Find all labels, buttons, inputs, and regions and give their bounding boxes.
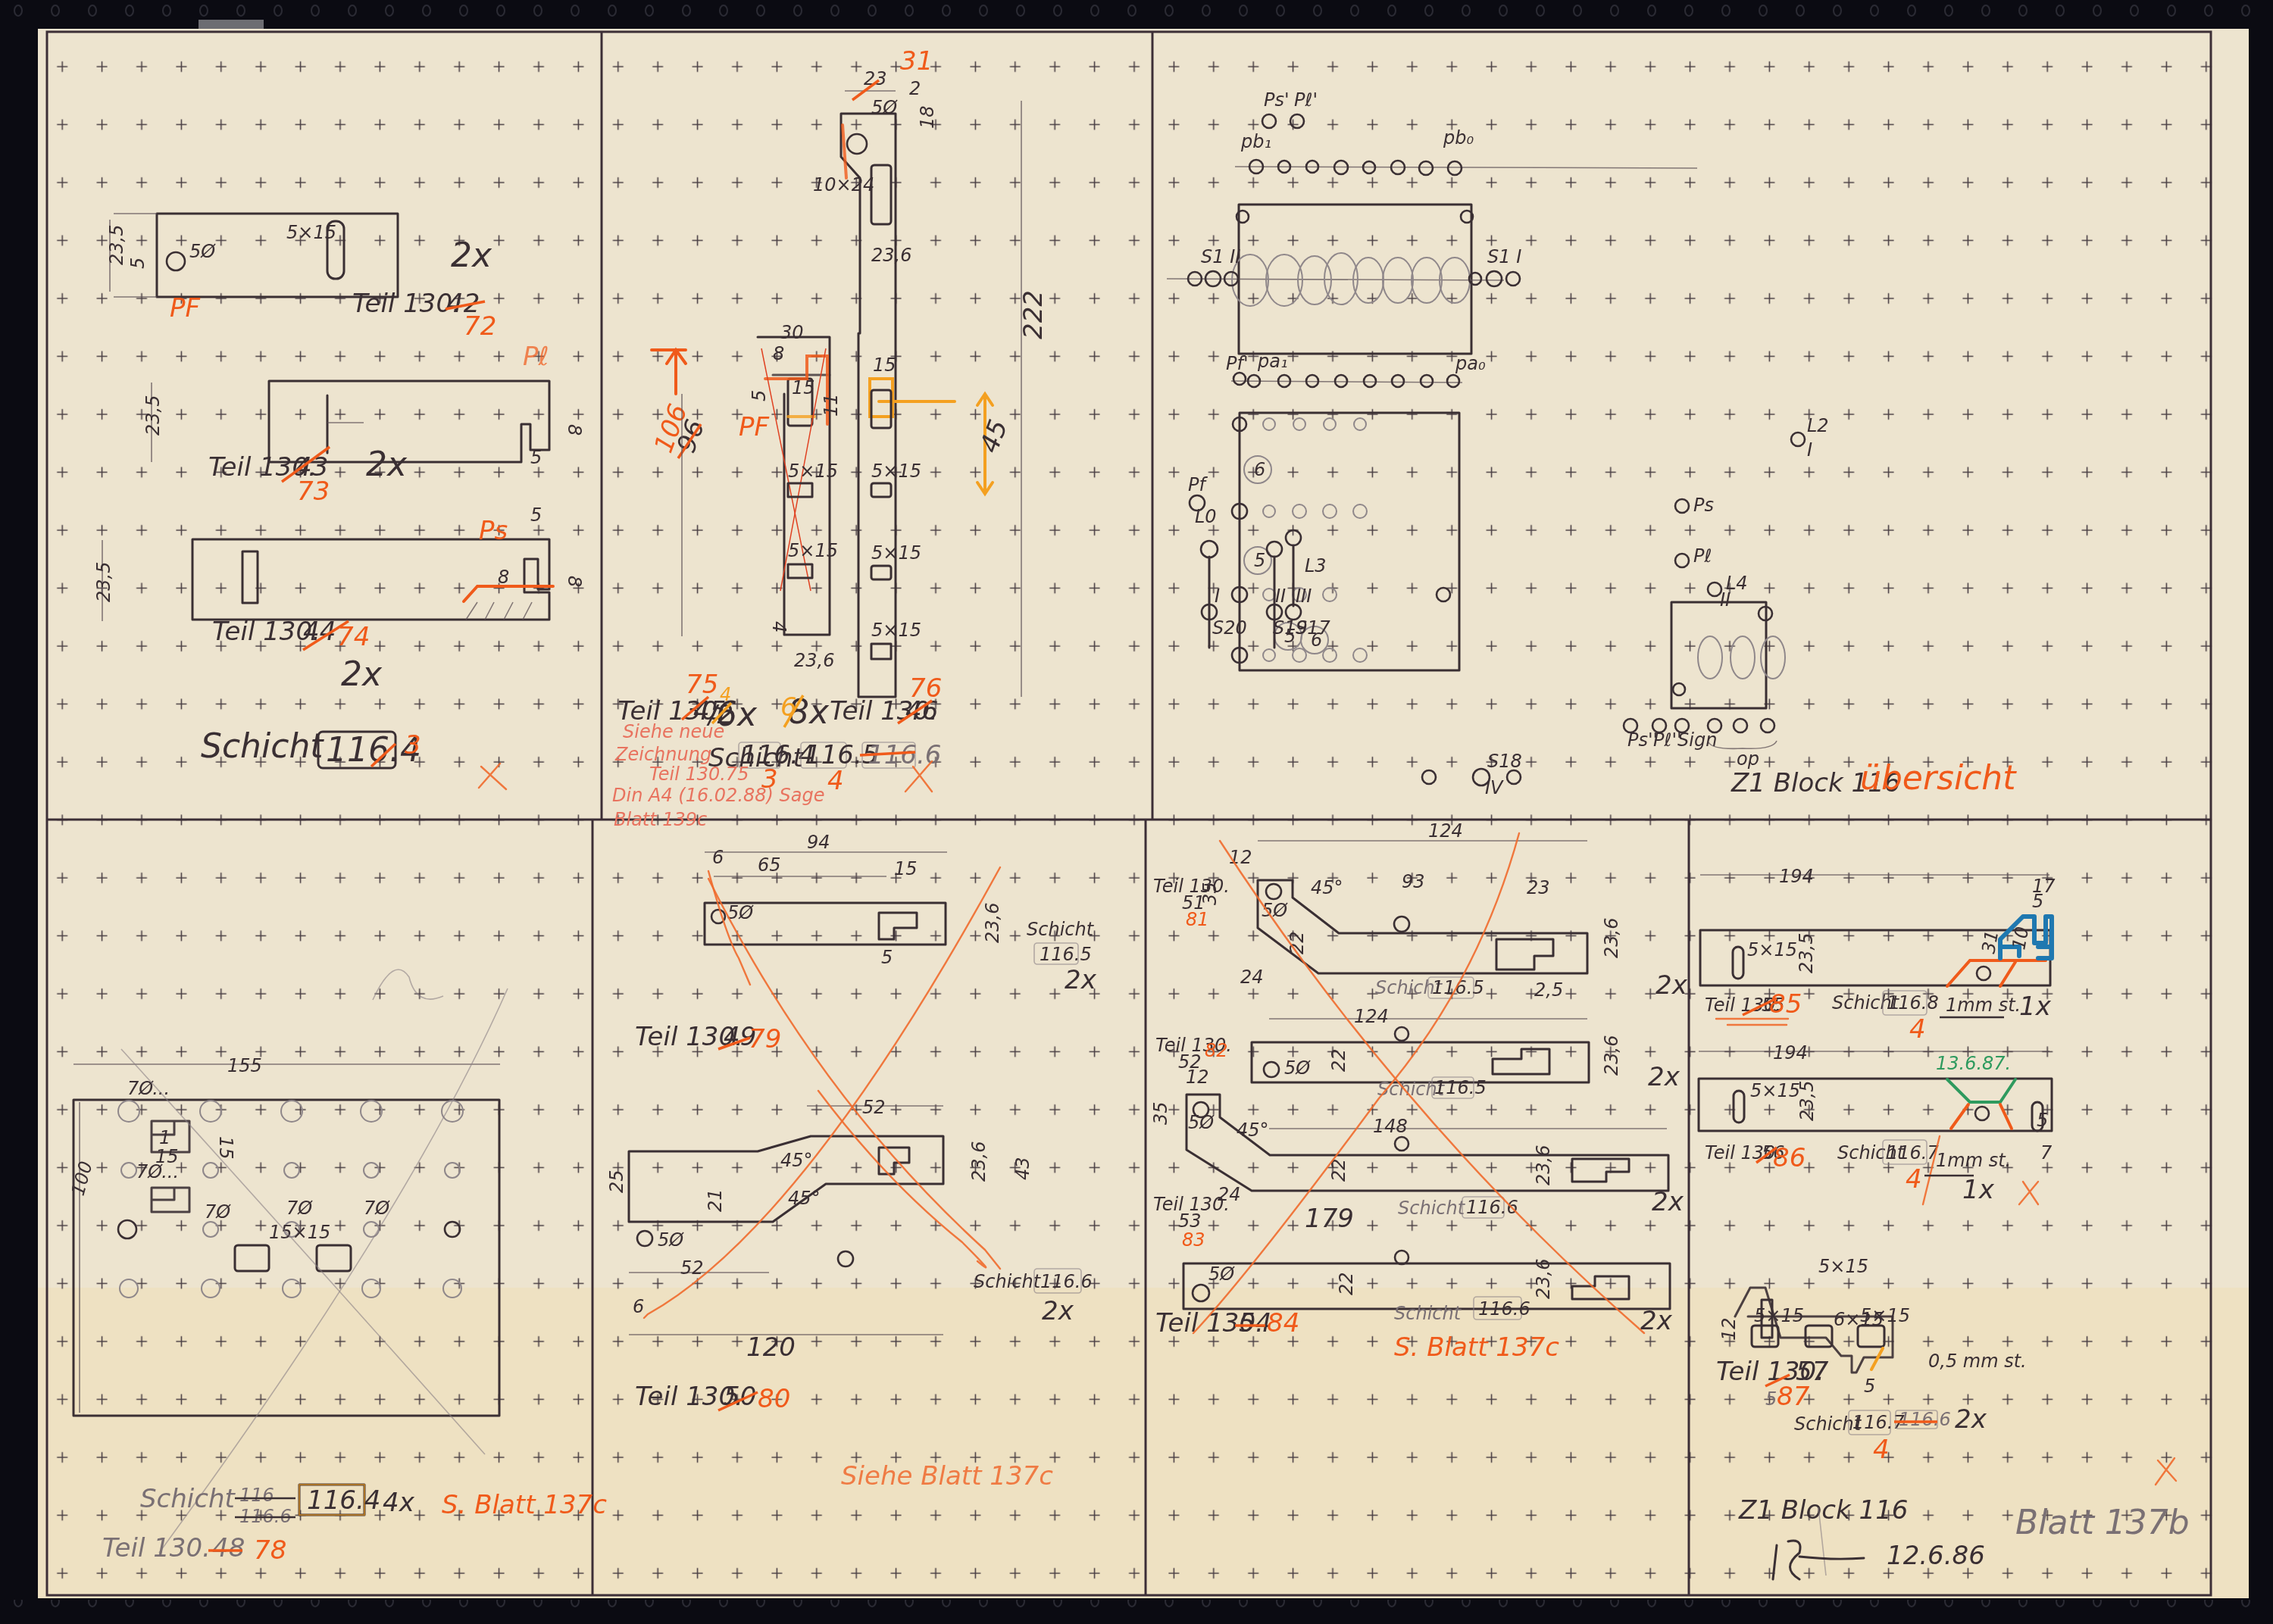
dim-slot: 5×15 xyxy=(286,222,336,243)
quantity: 2x xyxy=(1652,1187,1684,1217)
svg-text:1: 1 xyxy=(159,1127,170,1148)
dim-inner: 15 xyxy=(792,377,815,398)
layer-box: 116.6 xyxy=(1040,1271,1093,1292)
quantity: 2x xyxy=(451,236,492,275)
svg-text:Zeichnung: Zeichnung xyxy=(614,744,711,765)
dim-left-h: 25 xyxy=(606,1170,627,1193)
dim-bottom: 4 xyxy=(768,621,789,632)
svg-text:op: op xyxy=(1737,748,1759,770)
dim-mid: 22 xyxy=(1328,1048,1349,1072)
footer-date: 12.6.86 xyxy=(1887,1541,1985,1571)
layer-new: 4 xyxy=(1906,1164,1922,1195)
dim-leg: 24 xyxy=(1240,967,1264,988)
slot-1: 5×15 xyxy=(1754,1305,1804,1326)
dim-slot: 15 xyxy=(894,858,918,879)
dim-inner: 148 xyxy=(1373,1116,1408,1137)
label-s1-right: S1 I xyxy=(1487,246,1521,267)
dim-height: 23,5 xyxy=(142,395,164,436)
quantity: 2x xyxy=(1042,1296,1074,1326)
dim-slot: 5×15 xyxy=(1747,939,1797,960)
part-new-number: 80 xyxy=(758,1384,790,1414)
svg-text:6: 6 xyxy=(1254,459,1265,480)
dim-notch-w: 5 xyxy=(530,504,542,526)
dim-top: 52 xyxy=(862,1097,886,1118)
quantity: 2x xyxy=(1648,1062,1681,1092)
svg-text:Blatt 139c: Blatt 139c xyxy=(614,809,707,830)
mark-ps: Ps xyxy=(479,516,508,546)
layer-box-1: 116.4 xyxy=(741,740,814,770)
svg-text:III: III xyxy=(1296,586,1312,607)
tape-mark xyxy=(199,20,264,29)
part-new-number: 79 xyxy=(749,1024,781,1054)
dim-step: 8 xyxy=(498,567,509,588)
part-new-number: 81 xyxy=(1186,909,1209,930)
part-prefix: 5 xyxy=(1765,1388,1777,1410)
svg-text:Ps: Ps xyxy=(1693,495,1714,516)
ref-orange: S. Blatt 137c xyxy=(442,1490,607,1520)
svg-text:7Ø...: 7Ø... xyxy=(136,1161,179,1182)
dim-height: 23,6 xyxy=(1601,1035,1622,1076)
dim-step: 8 xyxy=(773,343,784,364)
part-a-qty-new: 4 xyxy=(720,684,731,705)
dim-slot-big: 10×24 xyxy=(813,174,874,195)
layer-label: Schicht xyxy=(1398,1198,1466,1219)
thickness: 0,5 mm st. xyxy=(1928,1351,2027,1372)
dim-inner-h: 21 xyxy=(705,1188,726,1212)
quantity: 2x xyxy=(1640,1306,1673,1336)
dim-hole: 5Ø xyxy=(727,902,754,923)
svg-text:Pℓ': Pℓ' xyxy=(1294,89,1318,111)
dim-total: 194 xyxy=(1779,866,1814,887)
layer-box: 116.5 xyxy=(1432,977,1484,998)
svg-text:Teil 130.75: Teil 130.75 xyxy=(649,764,749,785)
part-old-number: 48 xyxy=(212,1533,245,1563)
svg-text:Pℓ: Pℓ xyxy=(1693,545,1712,567)
svg-text:S18: S18 xyxy=(1487,751,1522,772)
quantity: 1x xyxy=(1962,1175,1995,1205)
svg-text:S17: S17 xyxy=(1296,617,1331,639)
layer-struck: 116.6 xyxy=(1899,1409,1951,1430)
dim-top-width-old: 23 xyxy=(864,68,887,89)
dim-length: 222 xyxy=(1018,290,1049,339)
part-new-number: 83 xyxy=(1182,1229,1205,1251)
dim-edge: 7 xyxy=(2040,1142,2053,1163)
dim-total: 124 xyxy=(1354,1006,1389,1027)
layer-box: 116.8 xyxy=(1887,992,1939,1013)
thickness: 1mm st. xyxy=(1946,995,2021,1016)
quantity: 4x xyxy=(383,1488,415,1518)
part-a-new-number: 75 xyxy=(686,670,718,700)
svg-text:pa₀: pa₀ xyxy=(1455,353,1486,374)
part-new-number: 78 xyxy=(254,1535,286,1566)
dim-angle: 45° xyxy=(1311,877,1343,898)
dim-total: 194 xyxy=(1773,1042,1808,1063)
dim-small: 11 xyxy=(821,393,842,417)
dim-height: 23,6 xyxy=(968,1141,990,1182)
svg-text:Pf': Pf' xyxy=(1226,353,1249,374)
svg-text:116: 116 xyxy=(239,1485,274,1506)
dim-total: 179 xyxy=(1305,1204,1354,1234)
sprocket-strip-bottom xyxy=(0,1600,2273,1624)
dim-tab: 12 xyxy=(1186,1067,1209,1088)
layer-box: 116.6 xyxy=(1478,1298,1530,1319)
dim-total: 124 xyxy=(1428,820,1463,842)
slot-2: 5×15 xyxy=(788,540,838,561)
dim-notch-w: 5 xyxy=(881,947,893,968)
layer-box-2-new: 4 xyxy=(827,766,844,796)
part-label: Teil 130. xyxy=(102,1533,211,1563)
label-s1-left: S1 II xyxy=(1201,246,1240,267)
part-new-number: 72 xyxy=(464,311,496,342)
dim-hole: 5Ø xyxy=(1284,1057,1311,1079)
layer-new: 3 xyxy=(405,730,421,760)
ref-orange: Siehe Blatt 137c xyxy=(841,1461,1053,1491)
svg-text:II: II xyxy=(1720,589,1731,611)
layer-box: 116.7 xyxy=(1887,1142,1939,1163)
layer-label: Schicht xyxy=(140,1484,236,1514)
dim-height: 23,5 xyxy=(1796,933,1817,973)
part-b-new-number: 76 xyxy=(909,673,942,704)
dim-height: 23,6 xyxy=(1533,1259,1554,1299)
dim-width: 94 xyxy=(807,832,830,853)
slot-4: 5×15 xyxy=(871,542,921,564)
dim-height: 23,6 xyxy=(1533,1145,1554,1185)
part-b-qty-new: 6 xyxy=(780,692,797,723)
dim-angle: 45° xyxy=(1237,1120,1269,1141)
layer-label: Schicht xyxy=(1394,1303,1462,1324)
slot-3: 5×15 xyxy=(871,461,921,482)
part-new-number: 87 xyxy=(1777,1382,1810,1412)
quantity: 2x xyxy=(341,655,383,694)
svg-text:Pf: Pf xyxy=(1188,474,1208,495)
dim-slot: 5×15 xyxy=(1750,1080,1800,1101)
svg-text:pb₀: pb₀ xyxy=(1443,127,1474,148)
part-new-number: 86 xyxy=(1773,1143,1806,1173)
part-new-number: 73 xyxy=(297,476,330,507)
dim-blue-h2: 10 xyxy=(2008,925,2033,951)
dim-gap: 2 xyxy=(909,78,921,99)
slot-5: 5×15 xyxy=(871,620,921,641)
dim-height: 23,5 xyxy=(106,225,127,265)
svg-text:7Ø: 7Ø xyxy=(205,1201,231,1223)
svg-text:Siehe neue: Siehe neue xyxy=(623,721,724,742)
dim-width: 155 xyxy=(227,1055,262,1076)
dim-edge: 5 xyxy=(749,390,770,401)
dim-hole: 5Ø xyxy=(871,97,898,118)
ref-orange: S. Blatt 137c xyxy=(1394,1332,1559,1363)
dim-hole: 5Ø xyxy=(1208,1263,1235,1285)
dim-angle-2: 45° xyxy=(788,1188,821,1209)
dim-inner: 93 xyxy=(1402,871,1425,892)
quantity: 2x xyxy=(1656,970,1688,1001)
layer-label: Schicht xyxy=(974,1271,1042,1292)
dim-mid: 22 xyxy=(1336,1272,1357,1295)
part-new-number: 85 xyxy=(1769,989,1802,1020)
mark-pf: PF xyxy=(170,293,201,323)
svg-text:7Ø: 7Ø xyxy=(286,1198,313,1219)
part-new-number: 82 xyxy=(1205,1040,1228,1061)
green-note: 13.6.87. xyxy=(1936,1053,2011,1074)
dim-slot-w: 15 xyxy=(873,354,896,376)
sprocket-strip-top xyxy=(0,0,2273,24)
dim-height: 12 xyxy=(1718,1317,1740,1341)
dim-height: 23,5 xyxy=(1796,1081,1818,1121)
svg-text:S20: S20 xyxy=(1212,617,1247,639)
dim-hole: 5Ø xyxy=(1188,1112,1215,1133)
svg-text:L3: L3 xyxy=(1305,555,1327,576)
layer-label: Schicht xyxy=(1027,919,1095,940)
layer-new: 4 xyxy=(1909,1014,1926,1045)
svg-text:pb₁: pb₁ xyxy=(1240,131,1271,152)
dim-tab: 12 xyxy=(1229,847,1252,868)
dim-gap: 5 xyxy=(1864,1376,1875,1397)
svg-text:I: I xyxy=(1215,586,1220,607)
slot-top: 5×15 xyxy=(1818,1256,1868,1277)
svg-text:Din A4 (16.02.88) Sage: Din A4 (16.02.88) Sage xyxy=(612,785,824,806)
part-old-number: 53 xyxy=(1178,1210,1202,1232)
quantity: 1x xyxy=(2019,992,2052,1022)
svg-text:L2: L2 xyxy=(1807,415,1829,436)
dim-height: 23,6 xyxy=(982,903,1003,943)
part-old-number: 50 xyxy=(724,1382,756,1412)
dim-notch-h: 8 xyxy=(564,424,585,436)
dim-hole-offset: 5 xyxy=(127,258,149,269)
dim-bottom: 52 xyxy=(680,1257,704,1279)
layer-box: 116.5 xyxy=(1434,1077,1487,1098)
drawing-sheet: 23,5 5 5Ø 5×15 2x PF Teil 130. 42 72 23,… xyxy=(0,0,2273,1624)
dim-hole: 5Ø xyxy=(1262,900,1288,921)
dim-top-width-new: 31 xyxy=(900,46,933,77)
svg-text:I: I xyxy=(1807,439,1812,461)
caption-orange: übersicht xyxy=(1860,759,2017,798)
dim-offset: 18 xyxy=(917,105,938,129)
quantity: 2x xyxy=(366,445,408,484)
thickness: 1mm st. xyxy=(1936,1150,2011,1171)
dim-height: 23,5 xyxy=(93,562,114,602)
slot-1: 5×15 xyxy=(788,461,838,482)
dim-inner: 65 xyxy=(758,854,781,876)
svg-text:Ps': Ps' xyxy=(1264,89,1290,111)
dim-notch-w: 5 xyxy=(530,447,542,468)
dim-edge: 6 xyxy=(633,1296,644,1317)
footer-sheet: Blatt 137b xyxy=(2015,1504,2190,1542)
layer-new: 4 xyxy=(1873,1435,1890,1465)
mark-pf: PF xyxy=(739,412,770,442)
part-new-number: 74 xyxy=(337,622,370,652)
quantity: 2x xyxy=(1065,965,1097,995)
svg-text:5: 5 xyxy=(1254,550,1265,571)
dim-length: 120 xyxy=(746,1332,796,1363)
dim-blue-h: 31 xyxy=(1978,929,2003,955)
footer-left: Z1 Block 116 xyxy=(1738,1495,1908,1526)
dim-edge: 6 xyxy=(712,847,724,868)
svg-text:Sign: Sign xyxy=(1677,729,1717,751)
mark-pl: Pℓ xyxy=(523,342,549,372)
dim-width: 23,6 xyxy=(871,245,911,266)
svg-text:L0: L0 xyxy=(1195,506,1217,527)
layer-box: 116.4 xyxy=(307,1485,380,1516)
dim-angle: 45° xyxy=(780,1150,813,1171)
dim-notch: 23 xyxy=(1527,877,1550,898)
dim-width-bottom: 23,6 xyxy=(794,650,834,671)
svg-text:II: II xyxy=(1275,586,1286,607)
quantity: 2x xyxy=(1955,1404,1987,1435)
layer-box: 116.5 xyxy=(1040,944,1092,965)
dim-tab-h: 35 xyxy=(1150,1101,1171,1125)
dim-height: 23,6 xyxy=(1601,918,1622,958)
svg-text:15×15: 15×15 xyxy=(269,1222,330,1243)
part-new-number: 84 xyxy=(1267,1308,1299,1338)
part-label: Teil 130. xyxy=(352,289,461,319)
dim-total: 43 xyxy=(1012,1157,1033,1180)
dim-width2: 30 xyxy=(780,322,804,343)
dim-gap: 2,5 xyxy=(1534,979,1563,1001)
slot-3: 5×15 xyxy=(1860,1305,1910,1326)
dim-hole: 5Ø xyxy=(189,241,216,262)
svg-text:pa₁: pa₁ xyxy=(1257,351,1288,372)
dim-notch-h: 8 xyxy=(564,576,585,587)
layer-label: Schicht xyxy=(201,727,324,766)
svg-text:IV: IV xyxy=(1485,777,1504,798)
dim-hole: 5Ø xyxy=(658,1229,684,1251)
dim-notch: 5 xyxy=(2032,891,2043,912)
